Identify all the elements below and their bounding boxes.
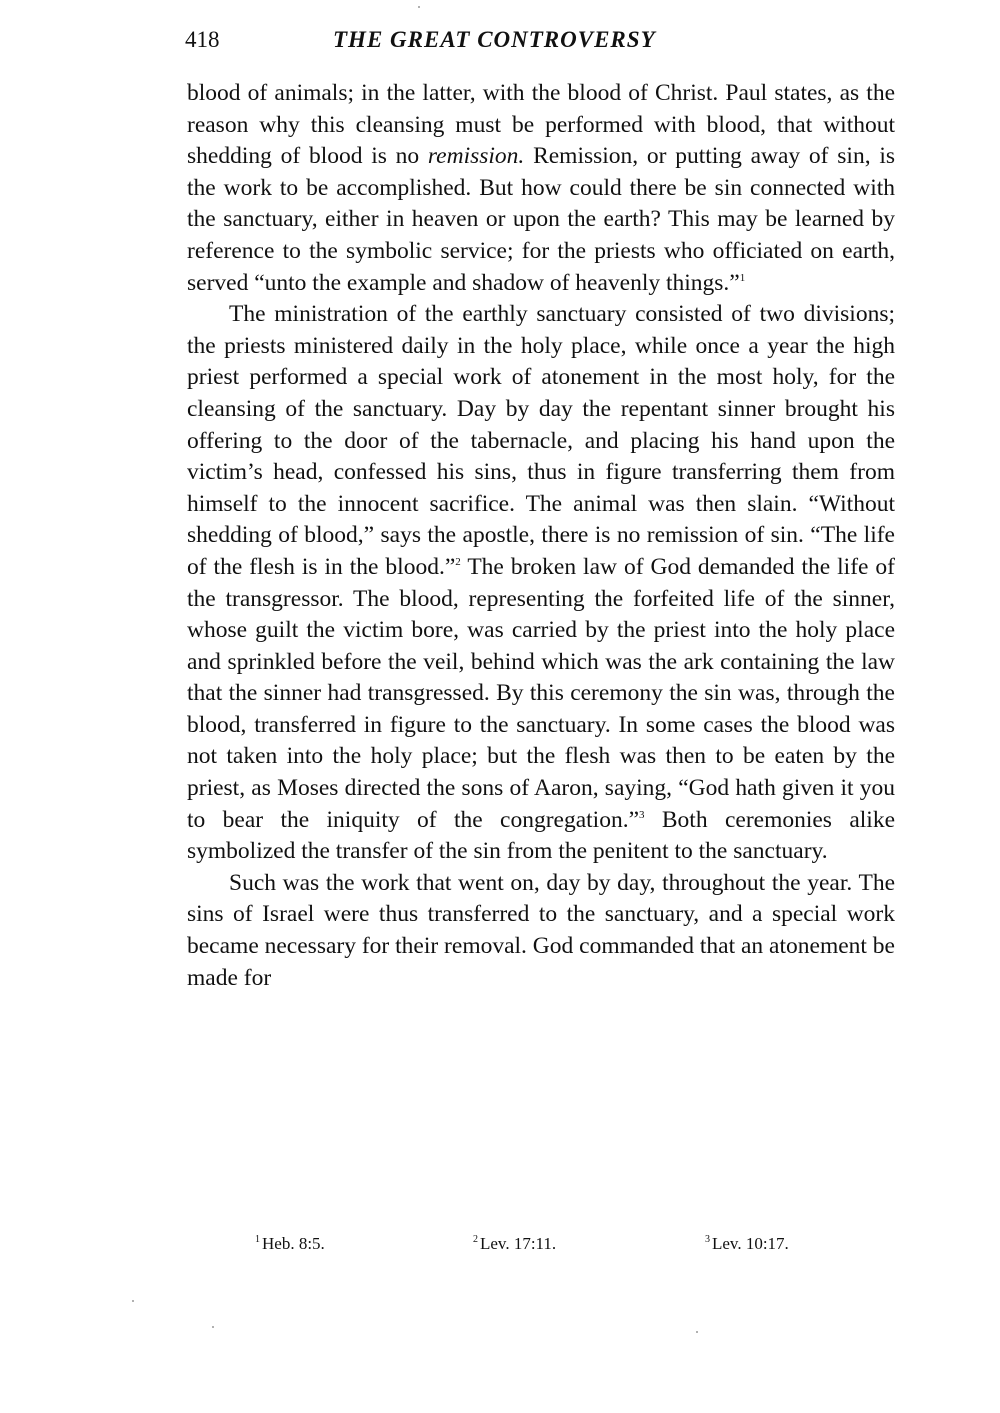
text-segment: Such was the work that went on, day by d… [187,870,895,991]
footnote-text: Lev. 10:17. [712,1234,789,1253]
footnotes: 1Heb. 8:5. 2Lev. 17:11. 3Lev. 10:17. [255,1232,855,1256]
running-head: 418 THE GREAT CONTROVERSY [185,24,900,56]
footnote-2: 2Lev. 17:11. [473,1232,556,1256]
book-page: 418 THE GREAT CONTROVERSY blood of anima… [0,0,1000,1413]
footnote-marker: 2 [473,1234,478,1245]
scan-speck [418,6,420,8]
body-text: blood of animals; in the latter, with th… [187,78,895,994]
book-title: THE GREAT CONTROVERSY [333,24,656,56]
footnote-3: 3Lev. 10:17. [705,1232,789,1256]
footnote-1: 1Heb. 8:5. [255,1232,325,1256]
scan-speck [696,1331,698,1333]
paragraph-3: Such was the work that went on, day by d… [187,868,895,994]
scan-speck [132,1300,134,1302]
scan-speck [212,1326,214,1328]
text-segment: The ministration of the earthly sanctuar… [187,301,895,580]
paragraph-1: blood of animals; in the latter, with th… [187,78,895,299]
paragraph-2: The ministration of the earthly sanctuar… [187,299,895,868]
italic-term: remission. [428,143,524,169]
text-segment: The broken law of God demanded the life … [187,554,895,833]
page-number: 418 [185,24,220,56]
footnote-ref-1: 1 [740,272,746,284]
footnote-marker: 1 [255,1234,260,1245]
footnote-marker: 3 [705,1234,710,1245]
footnote-text: Lev. 17:11. [480,1234,556,1253]
footnote-text: Heb. 8:5. [262,1234,325,1253]
